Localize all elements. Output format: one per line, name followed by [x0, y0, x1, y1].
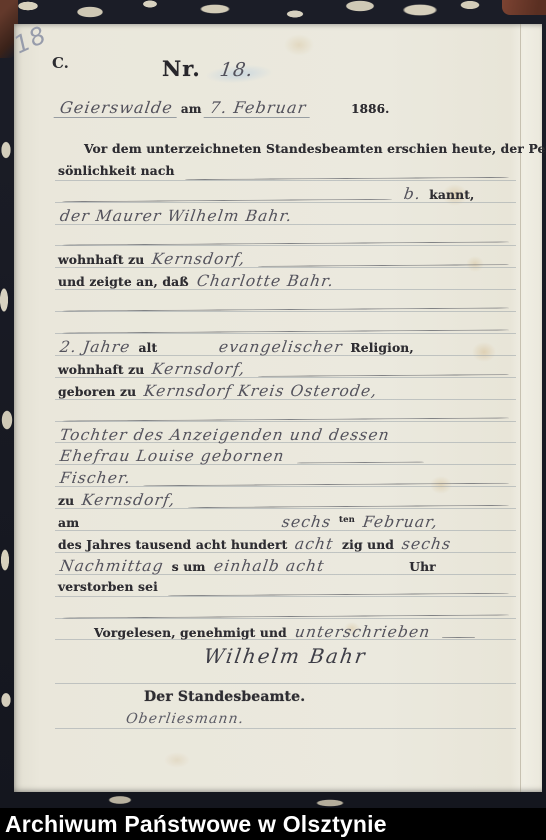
form-line — [55, 229, 516, 251]
handwritten-text: Wilhelm Bahr — [198, 644, 374, 668]
printed-text: sönlichkeit nach — [55, 163, 178, 178]
printed-text: s um — [169, 559, 209, 574]
handwritten-text: b. — [398, 185, 428, 203]
form-line: Der Standesbeamte. — [55, 689, 516, 711]
form-line: Fischer. — [55, 469, 516, 491]
form-line: verstorben sei — [55, 579, 516, 601]
pen-stroke — [62, 329, 509, 333]
form-line: Oberliesmann. — [55, 711, 516, 733]
form-line: Vor dem unterzeichneten Standesbeamten e… — [55, 141, 516, 163]
handwritten-text: acht — [289, 535, 340, 553]
printed-text: wohnhaft zu — [55, 362, 147, 377]
form-line: Nachmittags umeinhalb achtUhr — [55, 557, 516, 579]
archive-caption-bar: Archiwum Państwowe w Olsztynie — [0, 808, 546, 840]
handwritten-text: Tochter des Anzeigenden und dessen — [54, 426, 396, 444]
printed-text: ten — [336, 513, 358, 525]
printed-text: geboren zu — [55, 384, 139, 399]
handwritten-text: Kernsdorf, — [146, 360, 252, 378]
form-line: 2. JahrealtevangelischerReligion, — [55, 338, 516, 360]
form-line: Vorgelesen, genehmigt undunterschrieben — [55, 623, 516, 645]
pencil-page-number: 18 — [10, 21, 51, 60]
foxing-stain — [164, 752, 190, 768]
printed-text: Religion, — [347, 340, 416, 355]
form-line — [55, 601, 516, 623]
handwritten-text: Kernsdorf, — [146, 250, 252, 268]
form-line: geboren zuKernsdorf Kreis Osterode, — [55, 382, 516, 404]
pen-stroke — [62, 417, 509, 421]
record-number-value: 18. — [207, 59, 267, 81]
form-line: zuKernsdorf, — [55, 491, 516, 513]
handwritten-text: Fischer. — [54, 469, 137, 487]
pen-stroke — [258, 264, 509, 267]
pen-stroke — [297, 462, 424, 464]
handwritten-text: Kernsdorf Kreis Osterode, — [138, 382, 384, 400]
handwritten-text: Oberliesmann. — [120, 711, 250, 727]
form-lines: Geierswaldeam7. Februar1886.Vor dem unte… — [55, 98, 516, 733]
handwritten-text: 7. Februar — [203, 98, 312, 118]
form-line: der Maurer Wilhelm Bahr. — [55, 207, 516, 229]
leather-corner-top-right — [502, 0, 546, 15]
handwritten-text: Nachmittag — [54, 557, 170, 575]
printed-text: zu — [55, 493, 77, 508]
form-line: Wilhelm Bahr — [55, 644, 516, 666]
form-line — [55, 294, 516, 316]
printed-text: Der Standesbeamte. — [141, 689, 308, 705]
record-number: Nr. 18. — [162, 56, 266, 81]
pen-stroke — [168, 593, 509, 596]
printed-text: Vor dem unterzeichneten Standesbeamten e… — [81, 141, 546, 156]
record-number-label: Nr. — [162, 56, 201, 81]
printed-text: Uhr — [406, 559, 439, 574]
pen-stroke — [143, 483, 509, 487]
section-letter: C. — [52, 54, 69, 72]
form-line: wohnhaft zuKernsdorf, — [55, 360, 516, 382]
form-line: Tochter des Anzeigenden und dessen — [55, 426, 516, 448]
form-line: amsechstenFebruar, — [55, 513, 516, 535]
printed-text: am — [55, 515, 82, 530]
handwritten-text: Februar, — [357, 513, 445, 531]
pen-stroke — [258, 374, 509, 377]
handwritten-text: 2. Jahre — [54, 338, 137, 356]
pen-stroke — [185, 177, 509, 180]
handwritten-text: sechs — [276, 513, 338, 531]
handwritten-text: einhalb acht — [207, 557, 330, 575]
handwritten-text: Ehefrau Louise gebornen — [54, 447, 291, 465]
handwritten-text: Charlotte Bahr. — [190, 272, 340, 290]
handwritten-text: sechs — [396, 535, 458, 553]
form-line — [55, 404, 516, 426]
pen-stroke — [62, 242, 509, 246]
form-line: wohnhaft zuKernsdorf, — [55, 250, 516, 272]
form-line — [55, 316, 516, 338]
printed-text: Vorgelesen, genehmigt und — [91, 625, 290, 640]
printed-text: wohnhaft zu — [55, 252, 147, 267]
handwritten-text: Kernsdorf, — [76, 491, 182, 509]
form-line — [55, 666, 516, 688]
handwritten-text: unterschrieben — [289, 623, 437, 641]
pen-stroke — [62, 308, 509, 312]
archive-caption-text: Archiwum Państwowe w Olsztynie — [0, 811, 387, 838]
printed-text: verstorben sei — [55, 579, 161, 594]
form-line: Geierswaldeam7. Februar1886. — [55, 98, 516, 123]
handwritten-text: 18. — [213, 59, 260, 81]
foxing-stain — [284, 34, 314, 56]
printed-text: kannt, — [426, 187, 477, 202]
pen-stroke — [442, 637, 475, 638]
handwritten-text: der Maurer Wilhelm Bahr. — [54, 207, 299, 225]
printed-text: des Jahres tausend acht hundert — [55, 537, 290, 552]
form-line: und zeigte an, daßCharlotte Bahr. — [55, 272, 516, 294]
printed-text: 1886. — [348, 102, 392, 116]
pen-stroke — [62, 199, 392, 202]
printed-text: alt — [136, 340, 161, 355]
handwritten-text: evangelischer — [212, 338, 348, 356]
form-line: b.kannt, — [55, 185, 516, 207]
handwritten-text: Geierswalde — [54, 98, 180, 118]
form-line: sönlichkeit nach — [55, 163, 516, 185]
form-line: des Jahres tausend acht hundertachtzig u… — [55, 535, 516, 557]
form-line: Ehefrau Louise gebornen — [55, 447, 516, 469]
printed-text: und zeigte an, daß — [55, 274, 192, 289]
page-fold-edge — [520, 24, 521, 792]
printed-text: zig und — [339, 537, 397, 552]
printed-text: am — [178, 102, 205, 116]
pen-stroke — [62, 614, 509, 618]
pen-stroke — [188, 505, 509, 508]
document-page: 18 C. Nr. 18. Geierswaldeam7. Februar188… — [14, 24, 542, 792]
